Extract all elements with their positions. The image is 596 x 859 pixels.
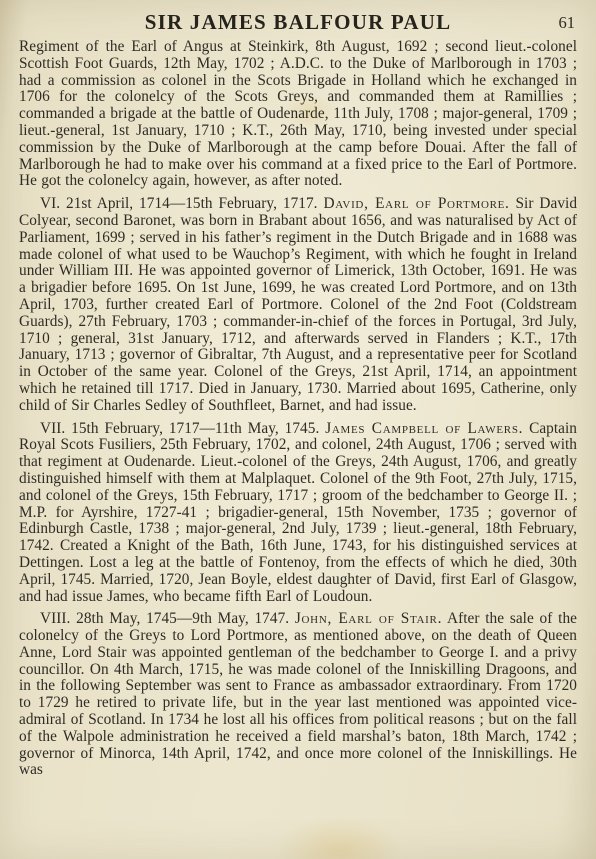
paragraph-text: VI. 21st April, 1714—15th February, 1717… <box>40 195 323 212</box>
paragraph-text: Sir David Colyear, second Baronet, was b… <box>19 195 577 414</box>
colonel-name: John, Earl of Stair. <box>295 610 442 627</box>
paragraph: VII. 15th February, 1717—11th May, 1745.… <box>19 421 577 606</box>
paragraph-text: Captain Royal Scots Fusiliers, 25th Febr… <box>19 420 577 605</box>
paragraph-text: VIII. 28th May, 1745—9th May, 1747. <box>40 610 295 627</box>
colonel-name: James Campbell of Lawers. <box>325 420 523 437</box>
paragraph-text: VII. 15th February, 1717—11th May, 1745. <box>40 420 325 437</box>
paragraph-text: After the sale of the colonelcy of the G… <box>19 610 577 778</box>
paragraph: VI. 21st April, 1714—15th February, 1717… <box>19 196 577 414</box>
paragraph: Regiment of the Earl of Angus at Steinki… <box>19 39 577 190</box>
colonel-name: David, Earl of Portmore. <box>323 195 509 212</box>
book-page: SIR JAMES BALFOUR PAUL 61 Regiment of th… <box>0 0 596 859</box>
paragraph-text: Regiment of the Earl of Angus at Steinki… <box>19 38 577 189</box>
page-body: Regiment of the Earl of Angus at Steinki… <box>19 39 577 779</box>
page-number: 61 <box>559 13 576 33</box>
running-title: SIR JAMES BALFOUR PAUL <box>0 10 596 35</box>
page-header: SIR JAMES BALFOUR PAUL 61 <box>0 10 596 36</box>
paragraph: VIII. 28th May, 1745—9th May, 1747. John… <box>19 611 577 779</box>
